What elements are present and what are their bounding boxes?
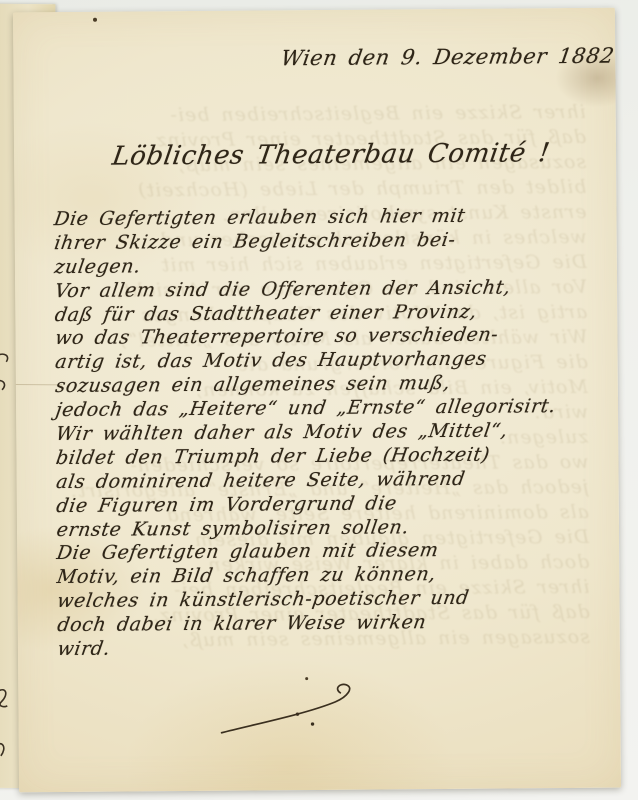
closing-flourish-icon [213,675,383,740]
letter-page: ihrer Skizze ein Begleitschreiben bei-da… [13,8,621,793]
body-line-text: Vor allem sind die Offerenten der Ansich… [53,276,512,302]
salutation-text: Löbliches Theaterbau Comité ! [110,138,552,171]
body-line-text: welches in künstlerisch-poetischer und [56,587,471,612]
body-line-text: Die Gefertigten erlauben sich hier mit [53,205,467,230]
body-line-text: sozusagen ein allgemeines sein muß, [54,372,452,397]
salutation: Löbliches Theaterbau Comité ! [110,138,548,171]
body-line-text: wird. [56,638,112,660]
body-line-text: Motiv, ein Bild schaffen zu können, [55,563,437,588]
body-line-text: Die Gefertigten glauben mit diesem [55,540,440,565]
dateline-text: Wien den 9. Dezember 1882 [279,44,616,71]
body-line-text: artig ist, das Motiv des Hauptvorhanges [54,348,489,373]
body-line-text: ernste Kunst symbolisiren sollen. [55,516,411,541]
body-line-text: als dominirend heitere Seite, während [55,468,467,493]
body-line-text: ihrer Skizze ein Begleitschreiben bei- [53,229,457,254]
body-line-text: die Figuren im Vordergrund die [55,492,399,517]
body-line-text: jedoch das „Heitere“ und „Ernste“ allego… [54,395,557,421]
body-line-text: bildet den Triumph der Liebe (Hochzeit) [55,444,492,469]
letter-body: Die Gefertigten erlauben sich hier mitih… [52,204,608,662]
body-line: wird. [56,634,608,662]
dateline: Wien den 9. Dezember 1882 [279,44,612,71]
ink-speck [93,18,97,22]
body-line-text: wo das Theaterrepertoire so verschieden- [54,324,500,350]
photo-background: ihrer Skizze ein Begleitschreiben bei-da… [0,0,638,800]
body-line-text: daß für das Stadttheater einer Provinz, [53,300,478,325]
body-line-text: Wir wählten daher als Motiv des „Mittel“… [54,420,509,446]
body-line-text: doch dabei in klarer Weise wirken [56,611,428,636]
body-line-text: zulegen. [53,255,142,278]
